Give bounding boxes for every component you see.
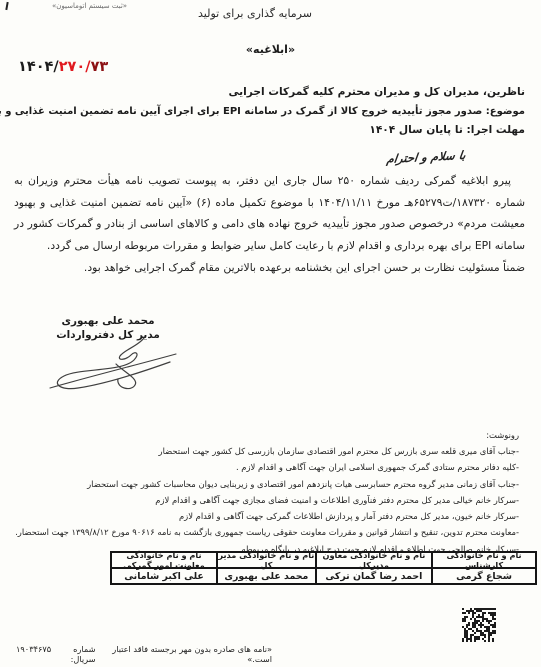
document-type-title: «ابلاغیه» [0,43,541,56]
cc-item: -سرکار خانم خیون، مدیر کل محترم دفتر آما… [12,508,519,524]
table-header-expert: نام و نام خانوادگی کارشناس [432,552,536,568]
cc-item: -سرکار خانم خیالی مدیر کل محترم دفتر فنآ… [12,492,519,508]
document-number: ۱۴۰۴/۲۷۰/۷۳ [18,59,108,75]
table-header-deputy-dg: نام و نام خانوادگی معاون مدیرکل [316,552,432,568]
table-value-director-general: محمد علی بهبوری [217,568,316,584]
validity-note: «نامه های صادره بدون مهر برجسته فاقد اعت… [106,644,273,664]
footer-line: «نامه های صادره بدون مهر برجسته فاقد اعت… [16,644,272,664]
table-value-deputy-dg: احمد رضا گمان ترکی [316,568,432,584]
document-number-middle: ۲۷۰/ [59,59,91,75]
letter-body: پیرو ابلاغیه گمرکی ردیف شماره ۲۵۰ سال جا… [14,170,525,279]
scanned-letter-page: «ثبت سیستم اتوماسیون» سرمایه گذاری برای … [0,0,541,667]
cc-title: رونوشت: [12,428,519,443]
table-header-director-general: نام و نام خانوادگی مدیر کل [217,552,316,568]
handwritten-greeting: با سلام و احترام [385,148,466,166]
table-header-customs-deputy: نام و نام خانوادگی معاونت امور گمرکی [111,552,217,568]
signatories-table: نام و نام خانوادگی کارشناس نام و نام خان… [110,551,537,585]
year-slogan: سرمایه گذاری برای تولید [170,7,340,20]
body-note: ضمناً مسئولیت نظارت بر حسن اجرای این بخش… [14,257,525,279]
deadline-line: مهلت اجرا: تا پایان سال ۱۴۰۴ [2,121,525,140]
cc-item: -کلیه دفاتر محترم ستادی گمرک جمهوری اسلا… [12,459,519,475]
body-paragraph: پیرو ابلاغیه گمرکی ردیف شماره ۲۵۰ سال جا… [14,170,525,257]
qr-code [462,608,496,642]
table-value-customs-deputy: علی اکبر شامانی [111,568,217,584]
signer-name: محمد علی بهبوری [56,315,160,329]
automation-note: «ثبت سیستم اتوماسیون» [52,2,127,10]
addressee-line: ناظرین، مدیران کل و مدیران محترم کلیه گم… [2,83,525,102]
table-value-expert: شجاع گرمی [432,568,536,584]
subject-line: موضوع: صدور مجوز تأییدیه خروج کالا از گم… [2,102,525,121]
cc-section: رونوشت: -جناب آقای میری قلعه سری بازرس ک… [12,428,519,557]
corner-mark [5,2,8,10]
cc-item: -جناب آقای زمانی مدیر گروه محترم حسابرسی… [12,476,519,492]
letter-header: ناظرین، مدیران کل و مدیران محترم کلیه گم… [2,83,525,140]
handwritten-signature-icon [44,334,184,398]
cc-item: -جناب آقای میری قلعه سری بازرس کل محترم … [12,443,519,459]
serial-label: شماره سریال: [51,644,95,664]
document-number-suffix: ۷۳ [91,59,109,75]
cc-item: -معاونت محترم تدوین، تنقیح و انتشار قوان… [12,524,519,540]
document-number-year: ۱۴۰۴/ [18,59,59,75]
serial-number: ۱۹۰۳۴۶۷۵ [16,644,51,654]
